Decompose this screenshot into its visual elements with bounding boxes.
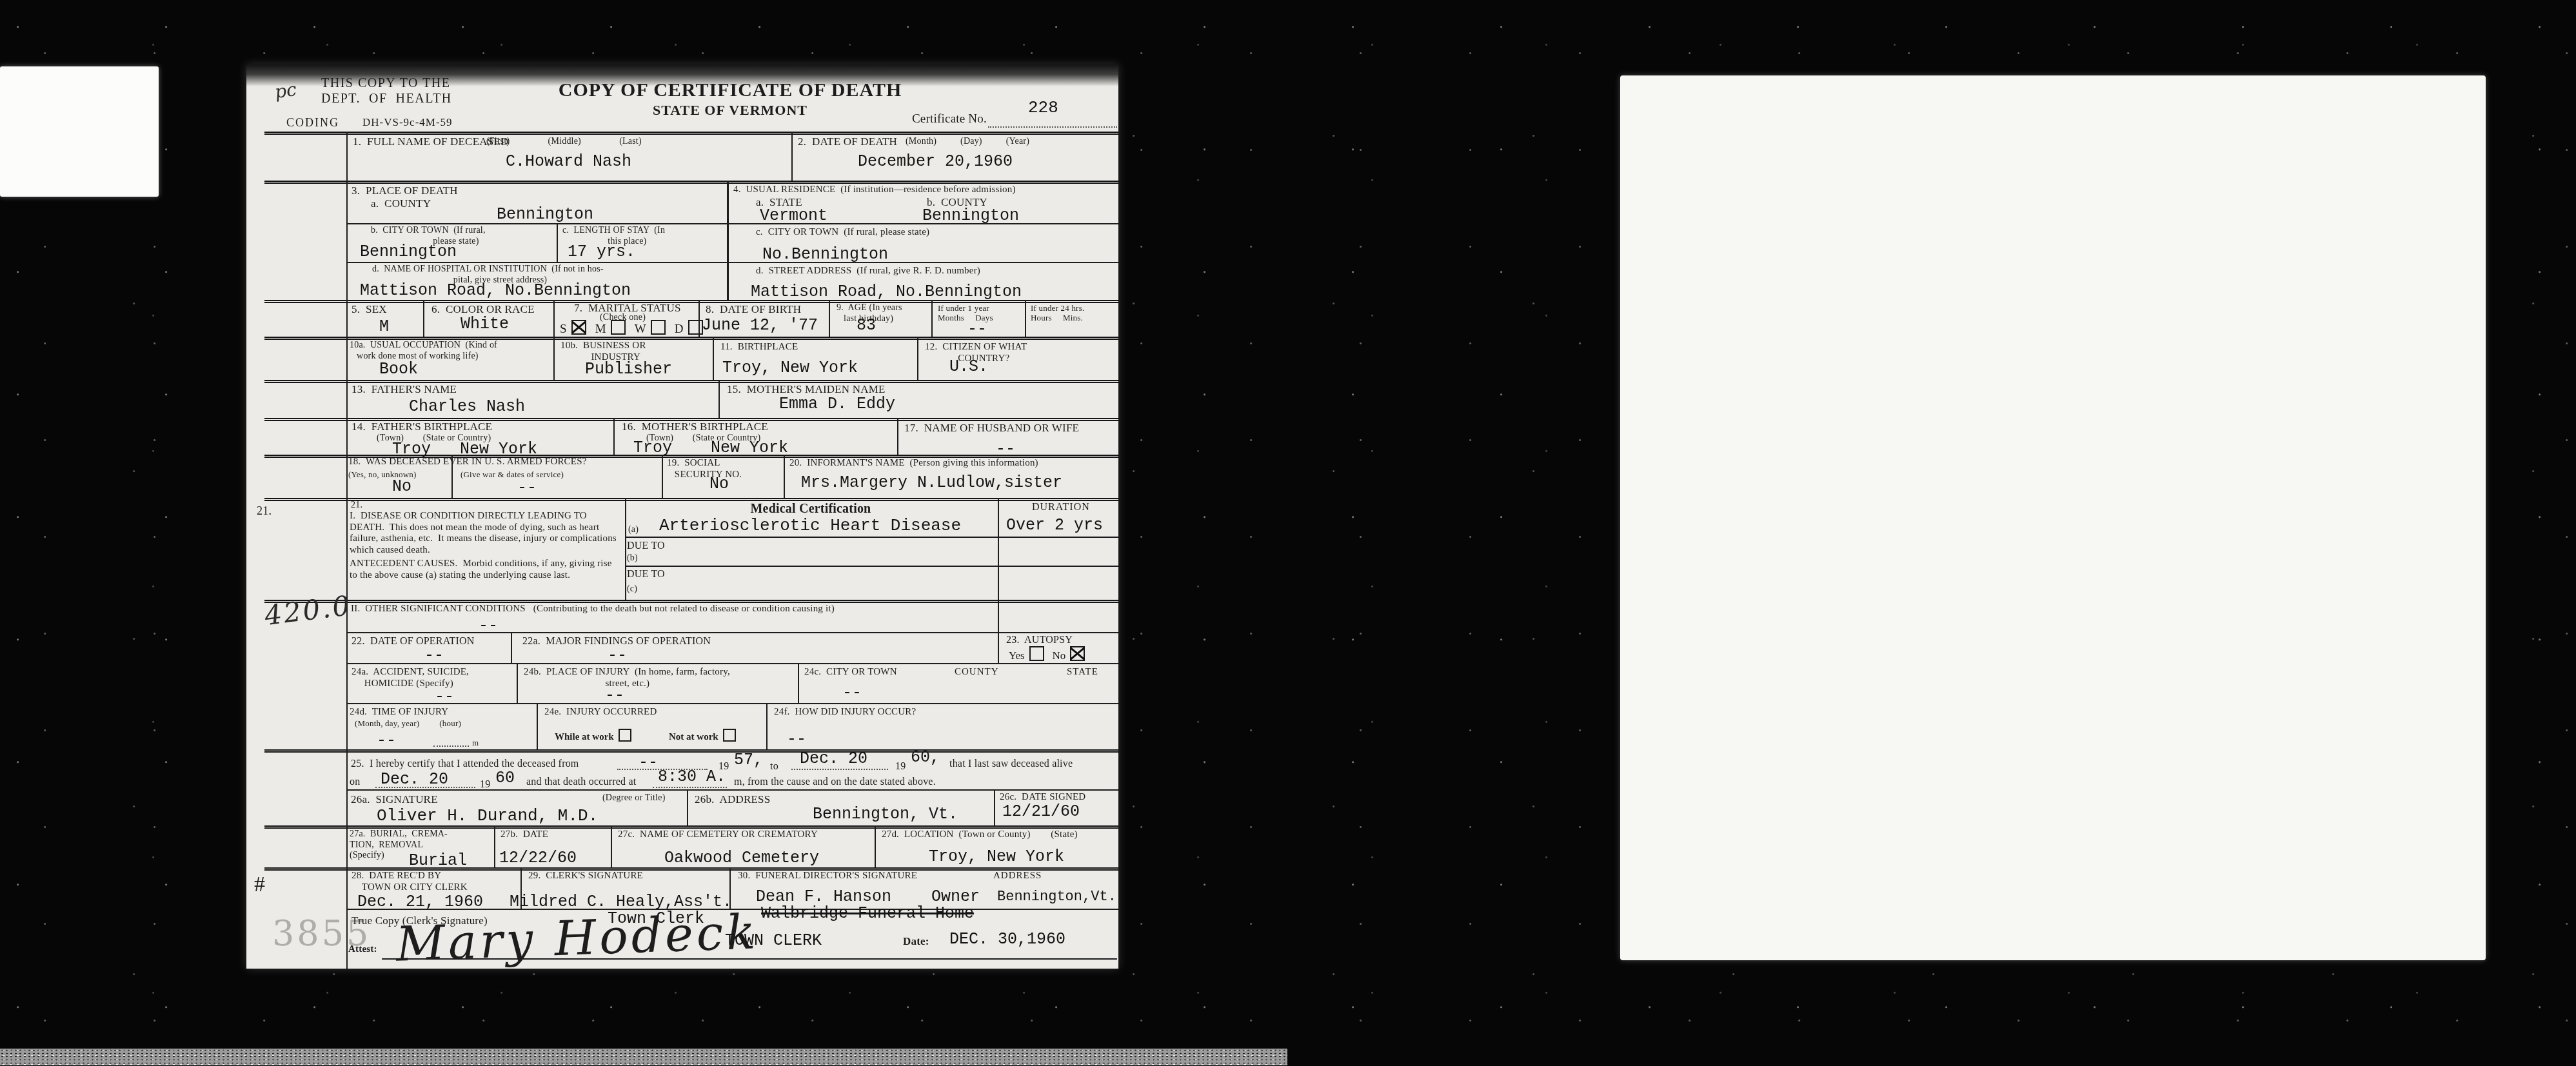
rule (537, 703, 538, 749)
address-value: Bennington, Vt. (813, 805, 958, 824)
rule (346, 789, 1118, 791)
cause-c-prefix: (c) (627, 584, 637, 595)
operation-date-value: -- (424, 646, 444, 665)
blank-film-card (1620, 75, 2486, 960)
rule (264, 337, 1118, 340)
res-city-value: No.Bennington (762, 245, 888, 264)
duration-label: DURATION (1032, 502, 1090, 514)
certificate-no-value: 228 (1028, 98, 1058, 117)
rule (625, 498, 626, 600)
rule (433, 745, 469, 747)
page-subtitle: STATE OF VERMONT (504, 102, 956, 119)
mother-birthplace-value: Troy New York (633, 439, 788, 457)
rule (829, 300, 830, 337)
cause-a-value: Arteriosclerotic Heart Disease (659, 516, 961, 535)
rule (553, 300, 555, 337)
town-clerk-caps: TOWN CLERK (725, 931, 822, 950)
rule (553, 337, 555, 380)
funeral-director-address-label: ADDRESS (993, 871, 1042, 882)
marital-option-letter: D (675, 322, 684, 336)
father-birthplace-label: 14. FATHER'S BIRTHPLACE (352, 420, 492, 433)
pod-city-value: Bennington (360, 242, 457, 261)
date-of-death-label: 2. DATE OF DEATH (798, 135, 897, 148)
rule (931, 300, 933, 337)
full-name-label: 1. FULL NAME OF DECEASED (353, 135, 508, 148)
certify-on-word: on (350, 776, 360, 789)
pod-county-label: a. COUNTY (371, 197, 431, 210)
dob-value: June 12, '77 (702, 316, 818, 335)
certify-19b: 19 (895, 761, 906, 773)
date-received-value: Dec. 21, 1960 (357, 893, 483, 911)
res-county-value: Bennington (922, 206, 1019, 225)
full-name-value: C.Howard Nash (506, 152, 631, 171)
certify-year-on: 60 (495, 769, 515, 787)
injury-city-label: 24c. CITY OR TOWN (804, 667, 897, 678)
date-signed-value: 12/21/60 (1002, 802, 1080, 821)
coding-label: CODING (286, 116, 339, 130)
due-to-label-2: DUE TO (627, 569, 665, 581)
other-conditions-label: II. OTHER SIGNIFICANT CONDITIONS (Contri… (351, 604, 835, 615)
autopsy-label: 23. AUTOPSY (1006, 635, 1073, 647)
certify-text-3: and that death occurred at (526, 776, 636, 789)
burial-location-value: Troy, New York (929, 847, 1064, 866)
pod-county-value: Bennington (497, 205, 593, 224)
margin-section-21: 21. (257, 504, 272, 518)
not-at-work-checkbox (723, 729, 736, 742)
burial-location-label: 27d. LOCATION (Town or County) (State) (882, 829, 1078, 841)
rule (718, 380, 720, 418)
rule (897, 418, 898, 455)
funeral-director-title: Owner (931, 887, 980, 906)
marital-checkbox-m (611, 320, 626, 335)
rule (791, 132, 793, 181)
due-to-label-1: DUE TO (627, 540, 665, 553)
father-name-value: Charles Nash (409, 397, 525, 416)
rule (511, 632, 512, 663)
rule (375, 787, 475, 788)
rule (988, 126, 1117, 128)
injury-time-label: 24d. TIME OF INJURY (350, 707, 448, 718)
attest-label: Attest: (348, 944, 377, 956)
signature-label: 26a. SIGNATURE (351, 793, 438, 806)
rule (653, 787, 727, 788)
operation-date-label: 22. DATE OF OPERATION (352, 636, 475, 648)
injury-how-label: 24f. HOW DID INJURY OCCUR? (774, 707, 916, 718)
margin-handwritten-code: 420.0 (263, 589, 353, 631)
funeral-director-label: 30. FUNERAL DIRECTOR'S SIGNATURE (738, 871, 917, 882)
ssn-value: No (709, 475, 729, 493)
spouse-value: -- (996, 440, 1015, 459)
film-edge-strip (0, 1049, 1287, 1065)
rule (346, 262, 1118, 263)
autopsy-no-checkbox (1070, 646, 1085, 661)
under-24hr-label: If under 24 hrs. Hours Mins. (1031, 303, 1084, 323)
marital-checkbox-d (688, 320, 703, 335)
injury-place-label: 24b. PLACE OF INJURY (In home, farm, fac… (524, 667, 730, 689)
injury-city-value: -- (842, 684, 862, 702)
citizen-value: U.S. (949, 357, 988, 376)
rule (346, 132, 348, 969)
rule (784, 455, 785, 498)
rule (517, 663, 518, 703)
rule (1025, 300, 1026, 337)
race-value: White (461, 315, 509, 333)
father-name-label: 13. FATHER'S NAME (352, 383, 457, 396)
medical-instruction-1: I. DISEASE OR CONDITION DIRECTLY LEADING… (350, 511, 620, 557)
occupation-label: 10a. USUAL OCCUPATION (Kind of work done… (350, 341, 497, 362)
rule (917, 337, 918, 380)
cemetery-value: Oakwood Cemetery (664, 849, 819, 867)
injury-occurred-opt2: Not at work (669, 729, 736, 743)
margin-hash-mark: # (254, 872, 265, 898)
autopsy-yes-label: Yes (1009, 649, 1025, 662)
signature-sublabel: (Degree or Title) (602, 793, 666, 804)
length-of-stay-value: 17 yrs. (568, 242, 635, 261)
funeral-home-name: Walbridge Funeral Home (761, 904, 974, 923)
medical-instruction-2: ANTECEDENT CAUSES. Morbid conditions, if… (350, 558, 620, 581)
cause-b-prefix: (b) (627, 553, 638, 564)
res-state-value: Vermont (760, 206, 827, 225)
medical-section-number: 21. (351, 500, 362, 511)
certify-time-value: 8:30 A. (658, 767, 726, 786)
date-of-death-value: December 20,1960 (858, 152, 1013, 171)
copy-note: THIS COPY TO THE DEPT. OF HEALTH (321, 76, 452, 106)
not-at-work-label: Not at work (669, 732, 718, 742)
address-label: 26b. ADDRESS (695, 793, 770, 806)
rule (727, 181, 729, 300)
rule (687, 789, 688, 825)
rule (423, 300, 424, 337)
informant-label: 20. INFORMANT'S NAME (Person giving this… (789, 458, 1038, 469)
date-of-death-sublabel: (Month) (Day) (Year) (906, 137, 1029, 148)
under-1yr-value: -- (967, 320, 987, 339)
rule (494, 825, 495, 867)
rule (611, 825, 612, 867)
film-edge-blip (0, 66, 159, 197)
marital-option-letter: W (635, 322, 646, 336)
funeral-director-address-value: Bennington,Vt. (997, 889, 1116, 905)
ssn-label: 19. SOCIAL SECURITY NO. (667, 458, 742, 480)
certify-to-word: to (770, 761, 778, 773)
rule (798, 663, 799, 703)
accident-value: -- (435, 687, 454, 706)
rule (264, 132, 1118, 135)
certify-to-value: Dec. 20 (800, 749, 867, 768)
injury-time-value: -- (377, 731, 396, 750)
rule (264, 825, 1118, 829)
rule (713, 337, 714, 380)
certify-text-4: m, from the cause and on the date stated… (734, 776, 936, 789)
occupation-value: Book (379, 360, 418, 379)
duration-value: Over 2 yrs (1006, 516, 1103, 535)
rule (264, 600, 1118, 603)
injury-occurred-label: 24e. INJURY OCCURRED (544, 707, 657, 718)
res-street-label: d. STREET ADDRESS (If rural, give R. F. … (756, 266, 980, 277)
residence-label: 4. USUAL RESIDENCE (If institution—resid… (733, 184, 1016, 196)
rule (346, 663, 1118, 664)
operation-findings-value: -- (608, 646, 627, 665)
burial-date-label: 27b. DATE (500, 829, 548, 841)
dob-label: 8. DATE OF BIRTH (706, 303, 801, 316)
sex-label: 5. SEX (352, 303, 387, 316)
certify-text-2: that I last saw deceased alive (949, 758, 1073, 771)
certificate-no-label: Certificate No. (912, 112, 987, 126)
place-of-death-label: 3. PLACE OF DEATH (352, 184, 458, 197)
sex-value: M (379, 317, 389, 336)
handwritten-mark: pc (273, 79, 298, 103)
marital-checkbox-w (651, 320, 666, 335)
while-at-work-label: While at work (555, 732, 614, 742)
injury-hour-suffix: m (472, 738, 479, 747)
rule (994, 789, 995, 825)
birthplace-value: Troy, New York (722, 359, 858, 377)
certify-year-from: 57, (734, 751, 763, 769)
res-street-value: Mattison Road, No.Bennington (751, 282, 1022, 301)
clerk-handwritten-signature: Mary Hodeck (395, 904, 760, 972)
marital-option-letter: M (595, 322, 606, 336)
spouse-label: 17. NAME OF HUSBAND OR WIFE (904, 422, 1079, 435)
certify-text-1: 25. I hereby certify that I attended the… (351, 758, 579, 771)
rule (791, 769, 888, 770)
informant-value: Mrs.Margery N.Ludlow,sister (801, 473, 1062, 492)
rule (346, 703, 1118, 704)
rule (625, 537, 1118, 538)
microfilm-viewer-frame: pc THIS COPY TO THE DEPT. OF HEALTH CODI… (0, 0, 2576, 1066)
signature-value: Oliver H. Durand, M.D. (377, 806, 598, 825)
rule (264, 181, 1118, 184)
funeral-director-name: Dean F. Hanson (756, 887, 891, 906)
certify-19c: 19 (480, 779, 490, 791)
autopsy-yes-checkbox (1029, 646, 1044, 661)
other-conditions-value: -- (479, 617, 498, 635)
date-received-label: 28. DATE REC'D BY TOWN OR CITY CLERK (352, 871, 468, 893)
burial-type-value: Burial (409, 851, 467, 870)
rule (557, 223, 558, 262)
full-name-sublabel: (First) (Middle) (Last) (486, 137, 642, 148)
attest-date-label: Date: (903, 935, 929, 948)
rule (662, 455, 663, 498)
injury-time-sublabel: (Month, day, year) (hour) (355, 718, 461, 728)
armed-forces-label: 18. WAS DECEASED EVER IN U. S. ARMED FOR… (348, 457, 587, 468)
pod-hospital-value: Mattison Road, No.Bennington (360, 281, 631, 300)
certify-on-value: Dec. 20 (381, 770, 448, 789)
rule (875, 825, 876, 867)
mother-name-value: Emma D. Eddy (779, 395, 895, 413)
res-city-label: c. CITY OR TOWN (If rural, please state) (756, 227, 929, 239)
rule (998, 498, 999, 663)
attest-date-value: DEC. 30,1960 (949, 930, 1065, 949)
page-title: COPY OF CERTIFICATE OF DEATH (504, 79, 956, 101)
while-at-work-checkbox (619, 729, 631, 742)
injury-occurred-opt1: While at work (555, 729, 631, 743)
rule (625, 566, 1118, 567)
mother-birthplace-label: 16. MOTHER'S BIRTHPLACE (622, 420, 768, 433)
injury-state-label: STATE (1067, 667, 1098, 678)
cause-a-prefix: (a) (628, 525, 639, 536)
injury-place-value: -- (605, 686, 624, 705)
armed-forces-value1: No (392, 477, 411, 496)
rule (766, 703, 768, 749)
marital-options: S M W D (560, 320, 703, 337)
marital-option-letter: S (560, 322, 567, 336)
clerk-signature-label: 29. CLERK'S SIGNATURE (528, 871, 643, 882)
marital-checkbox-s (571, 320, 586, 335)
burial-date-value: 12/22/60 (499, 849, 577, 867)
accident-label: 24a. ACCIDENT, SUICIDE, HOMICIDE (Specif… (352, 667, 469, 689)
autopsy-options: Yes No (1009, 646, 1085, 662)
armed-forces-value2: -- (517, 479, 537, 497)
death-certificate-document: pc THIS COPY TO THE DEPT. OF HEALTH CODI… (246, 64, 1118, 969)
age-value: 83 (857, 316, 876, 335)
medical-certification-title: Medical Certification (698, 502, 924, 517)
rule (264, 498, 1118, 501)
certify-year-to: 60, (911, 748, 940, 767)
armed-forces-sublabel2: (Give war & dates of service) (461, 469, 564, 479)
father-birthplace-value: Troy New York (392, 440, 537, 459)
cemetery-label: 27c. NAME OF CEMETERY OR CREMATORY (618, 829, 818, 841)
rule (613, 418, 615, 455)
rule (346, 632, 1118, 633)
birthplace-label: 11. BIRTHPLACE (720, 342, 798, 353)
autopsy-no-label: No (1053, 649, 1066, 662)
coding-value: DH-VS-9c-4M-59 (362, 116, 453, 129)
injury-how-value: -- (787, 730, 806, 749)
industry-value: Publisher (585, 360, 672, 379)
injury-county-label: COUNTY (955, 667, 999, 678)
